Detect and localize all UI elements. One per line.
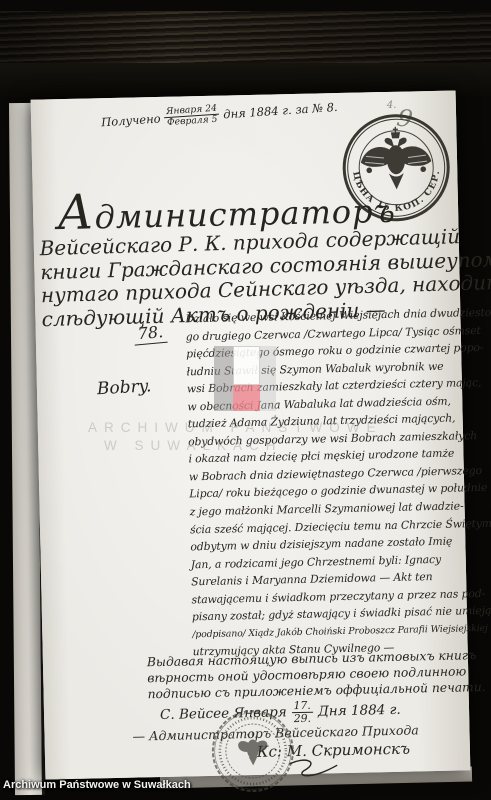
pencil-corner-mark: 4. <box>387 100 397 111</box>
received-date-fraction: Января 24 Февраля 5 <box>164 104 220 129</box>
act-number-margin: 78. <box>133 322 168 346</box>
certification-paragraph: Выдавая настоящую выпись изъ актовыхъ кн… <box>147 648 486 703</box>
dateline-day-gregorian: 29. <box>294 713 311 725</box>
dateline-suffix: Дня 1884 г. <box>318 702 401 720</box>
received-prefix: Получено <box>101 111 161 129</box>
received-suffix: дня 1884 г. за № 8. <box>223 99 338 120</box>
photographed-document: Получено Января 24 Февраля 5 дня 1884 г.… <box>0 0 491 800</box>
act-body-paragraph: Działo się we wsi Kościelnej Wiejsiejach… <box>185 304 471 661</box>
received-date-gregorian: Февраля 5 <box>167 115 218 128</box>
book-edge-shading <box>0 11 491 63</box>
official-seal-stamp <box>208 706 298 796</box>
received-annotation: Получено Января 24 Февраля 5 дня 1884 г.… <box>101 96 339 133</box>
place-name-margin: Bobry. <box>96 376 152 399</box>
seal-eagle-icon <box>238 732 268 766</box>
document-page: Получено Января 24 Февраля 5 дня 1884 г.… <box>31 90 471 779</box>
